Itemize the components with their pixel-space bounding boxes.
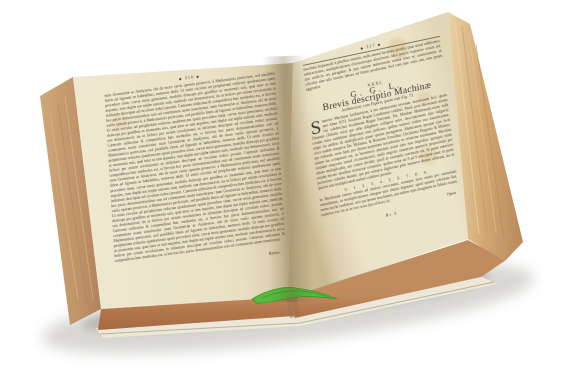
book-photograph: ◆ 316 ◆ num Geometriæ ac Analyseos, ubi … [0,0,570,381]
header-ornament-icon: ◆ [196,74,200,78]
right-page: ◆ 317 ◆ machinis hujusmodi à pluribus te… [302,29,460,231]
left-page: ◆ 316 ◆ num Geometriæ ac Analyseos, ubi … [104,64,286,279]
right-page-number: 317 [366,42,376,49]
header-ornament-icon: ◆ [377,42,381,47]
header-ornament-icon: ◆ [360,46,364,51]
left-page-catchword: Habita- [269,250,284,257]
header-ornament-icon: ◆ [179,77,183,81]
left-page-body: num Geometriæ ac Analyseos, ubi de more … [104,72,285,265]
left-page-number: 316 [185,74,195,80]
book-illustration [0,0,570,381]
